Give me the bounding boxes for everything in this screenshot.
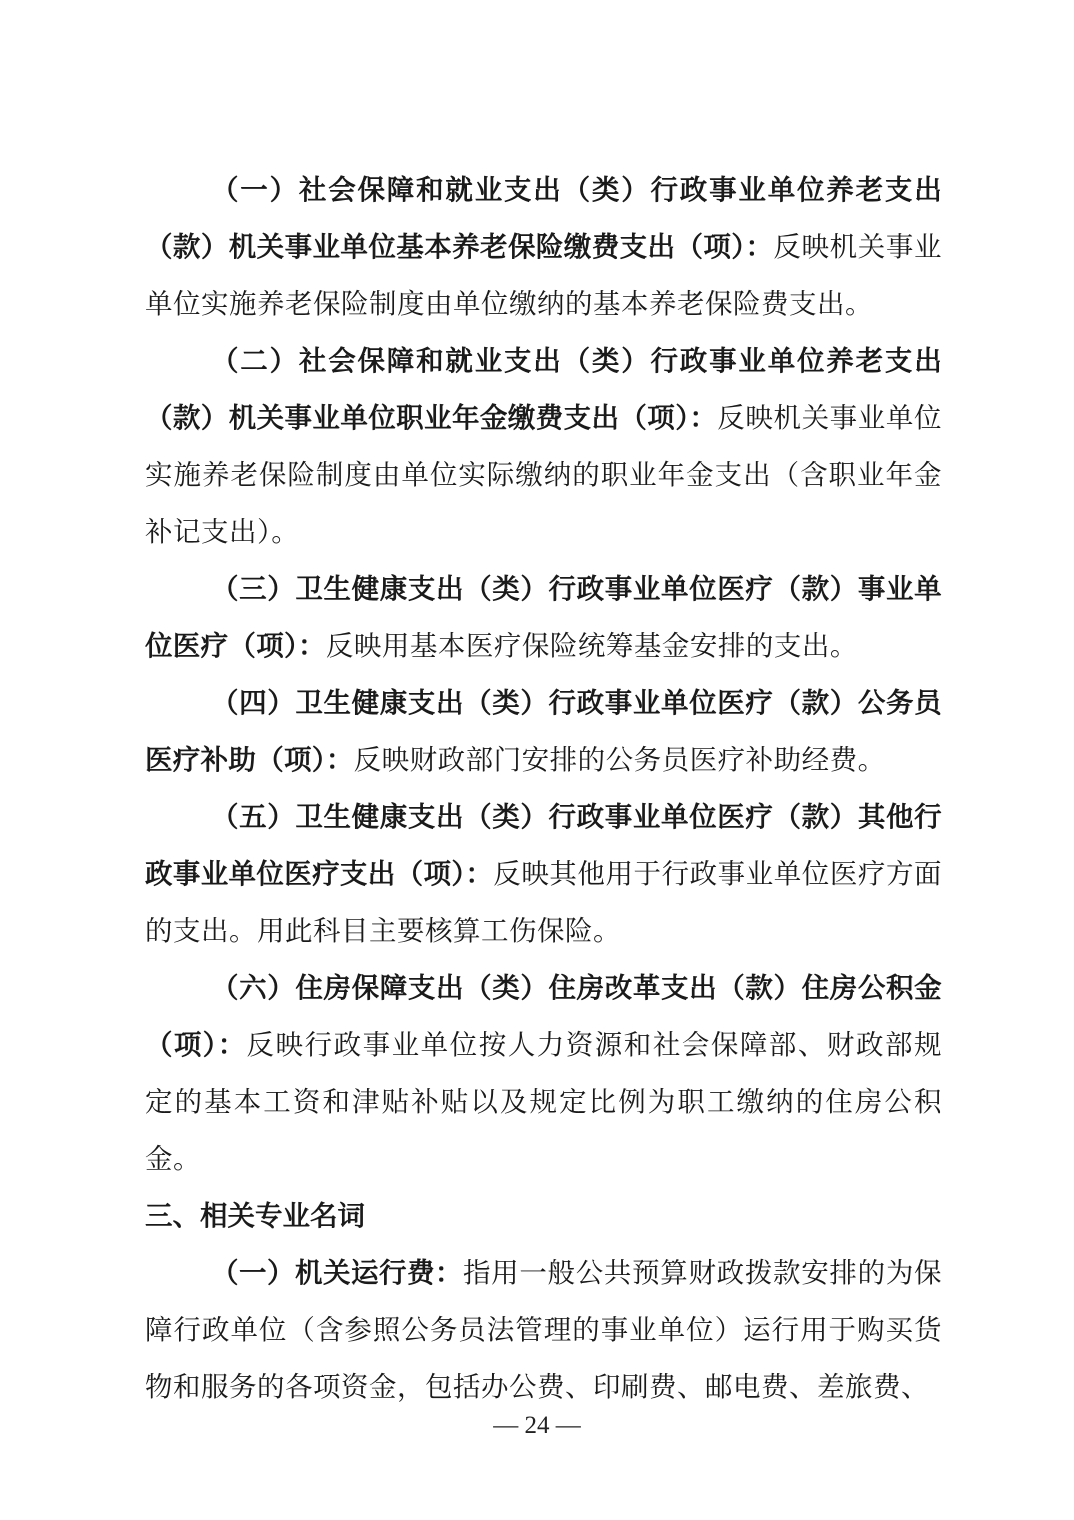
paragraph-item-5: （五）卫生健康支出（类）行政事业单位医疗（款）其他行政事业单位医疗支出（项）：反…: [145, 789, 942, 960]
section-heading: 三、相关专业名词: [145, 1188, 942, 1245]
paragraph-item-4: （四）卫生健康支出（类）行政事业单位医疗（款）公务员医疗补助（项）：反映财政部门…: [145, 675, 942, 789]
paragraph-item-2: （二）社会保障和就业支出（类）行政事业单位养老支出（款）机关事业单位职业年金缴费…: [145, 333, 942, 561]
paragraph-item-3: （三）卫生健康支出（类）行政事业单位医疗（款）事业单位医疗（项）：反映用基本医疗…: [145, 561, 942, 675]
paragraph-item-1: （一）社会保障和就业支出（类）行政事业单位养老支出（款）机关事业单位基本养老保险…: [145, 162, 942, 333]
item-description: 反映行政事业单位按人力资源和社会保障部、财政部规定的基本工资和津贴补贴以及规定比…: [145, 1029, 942, 1175]
paragraph-item-6: （六）住房保障支出（类）住房改革支出（款）住房公积金（项）：反映行政事业单位按人…: [145, 960, 942, 1188]
term-title: （一）机关运行费：: [211, 1257, 463, 1289]
document-page: （一）社会保障和就业支出（类）行政事业单位养老支出（款）机关事业单位基本养老保险…: [145, 162, 942, 1416]
item-description: 反映财政部门安排的公务员医疗补助经费。: [354, 744, 886, 776]
paragraph-term-1: （一）机关运行费：指用一般公共预算财政拨款安排的为保障行政单位（含参照公务员法管…: [145, 1245, 942, 1416]
item-description: 反映用基本医疗保险统筹基金安排的支出。: [326, 630, 858, 662]
page-number: — 24 —: [0, 1412, 1074, 1440]
